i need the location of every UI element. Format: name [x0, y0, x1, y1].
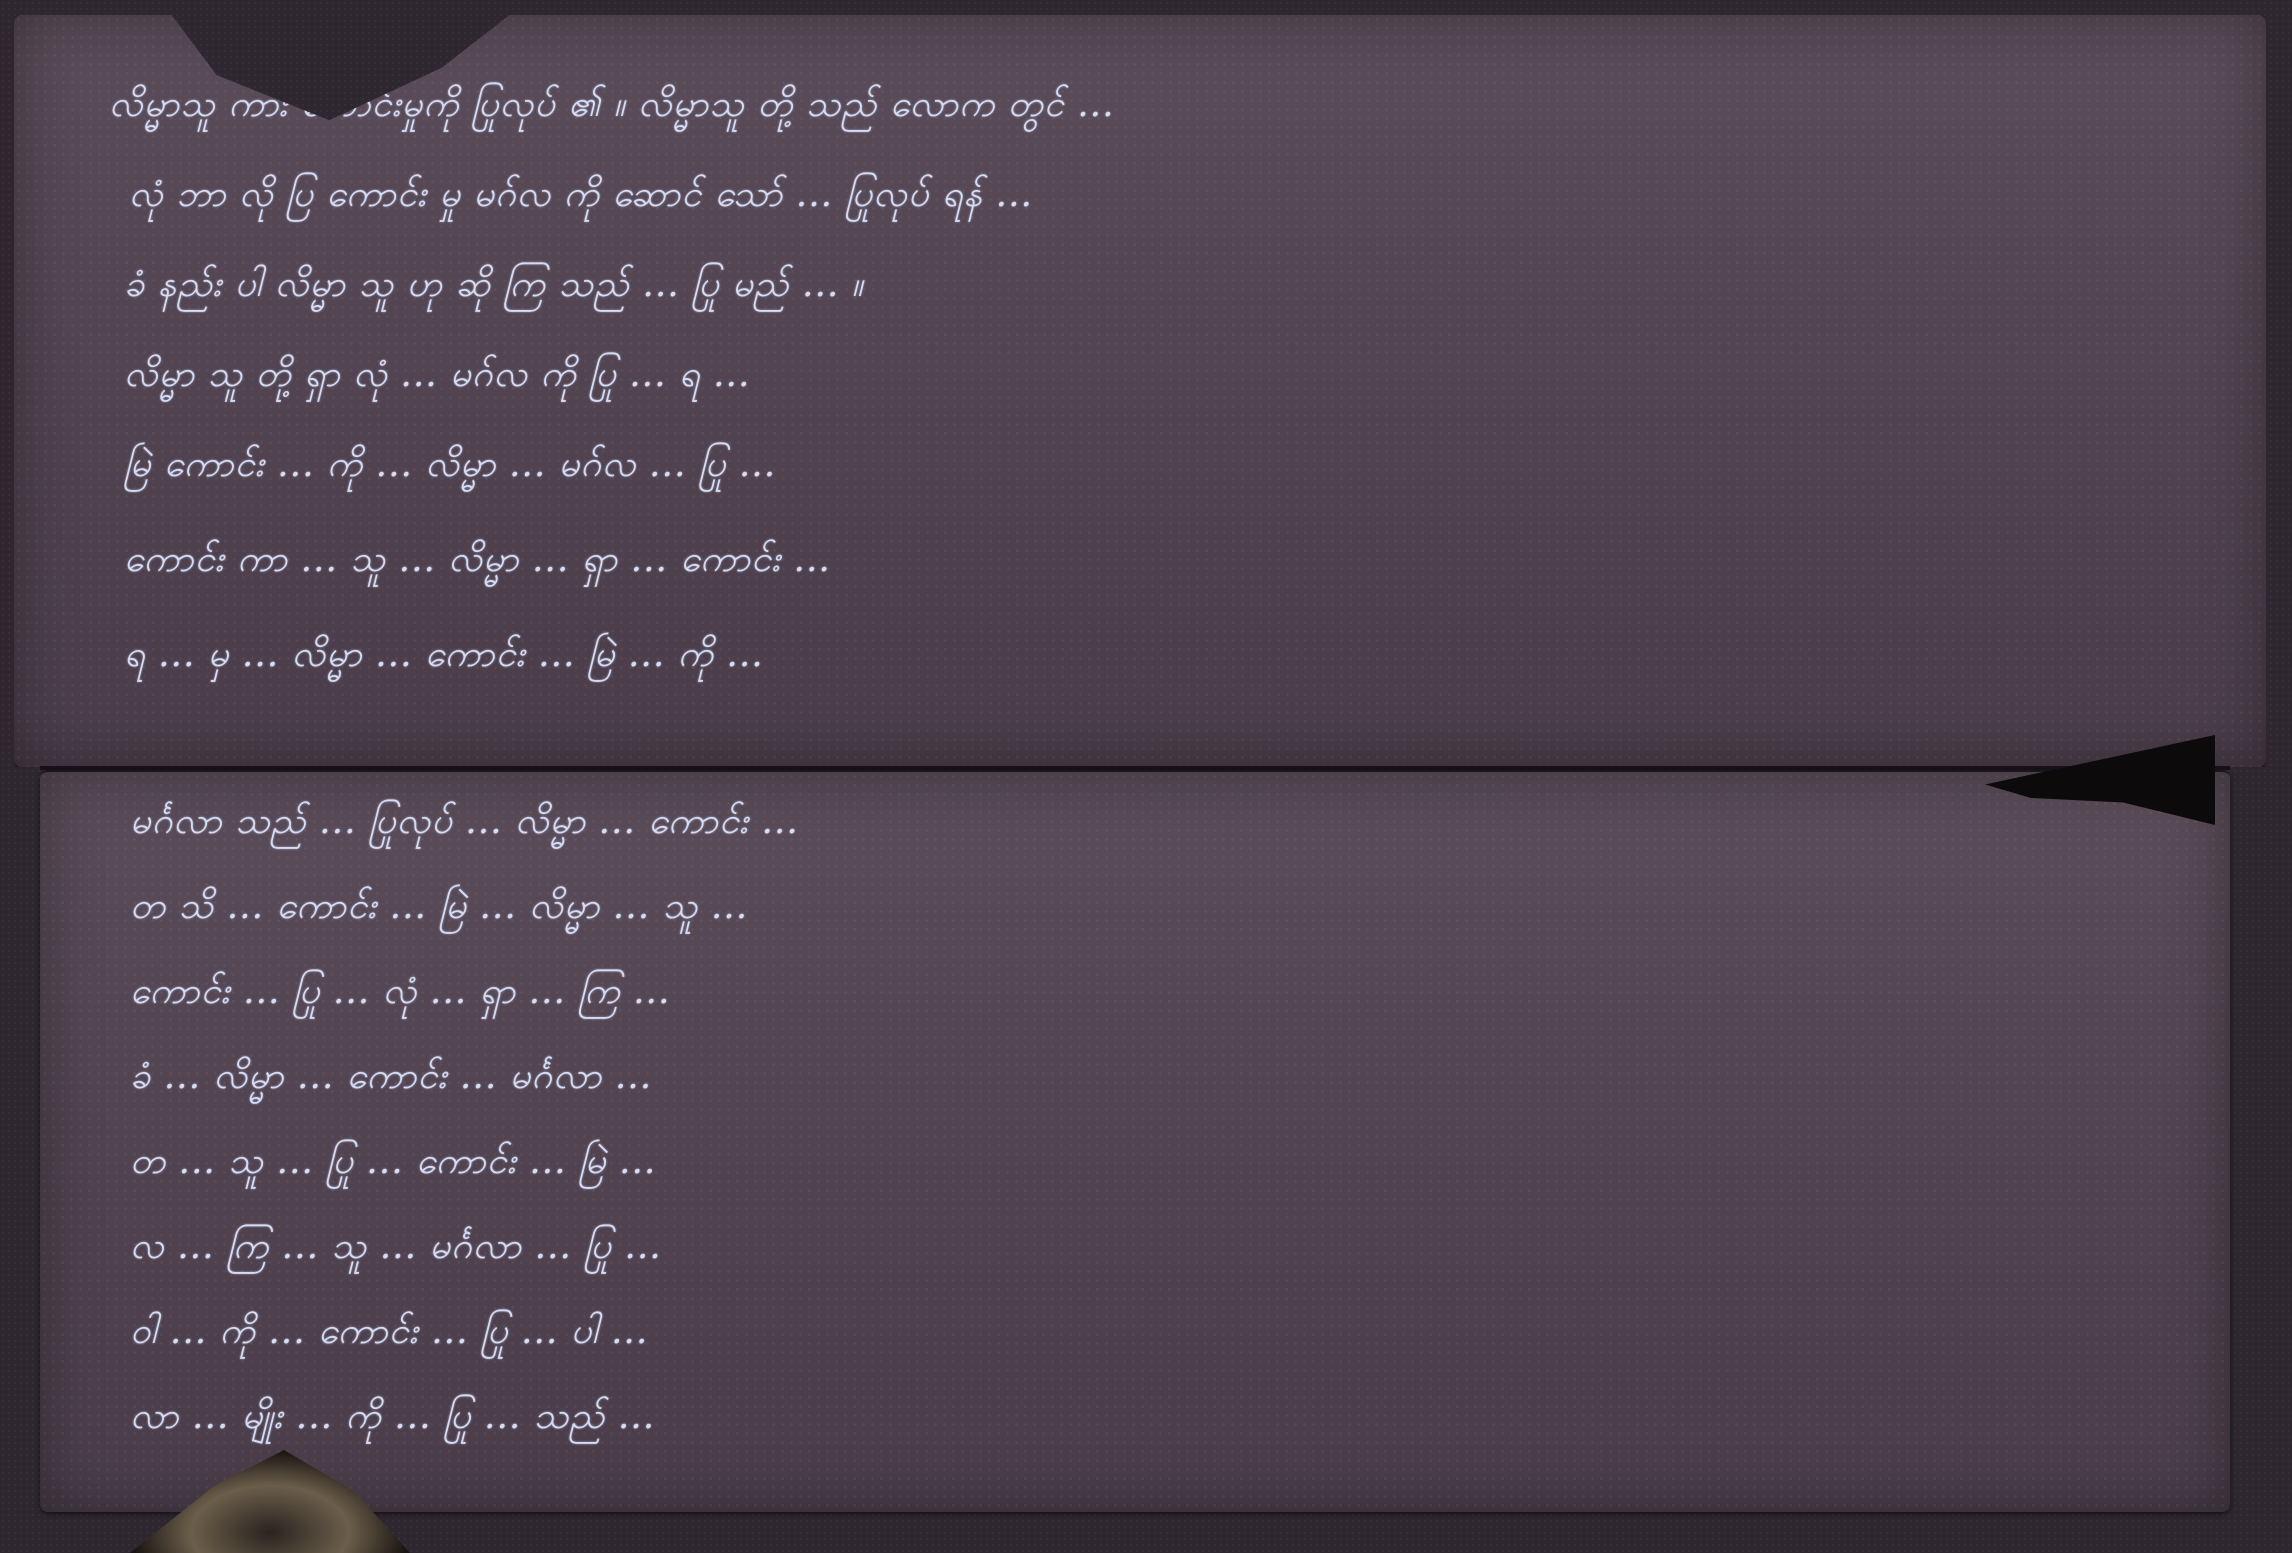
manuscript-bottom-panel: မင်္ဂလာ သည် ... ပြုလုပ် ... လိမ္မာ ... က…: [40, 770, 2230, 1512]
script-line: မြဲ ကောင်း ... ကို ... လိမ္မာ ... မဂ်လ .…: [124, 440, 2266, 494]
script-line: ကောင်း ... ပြု ... လုံ ... ရှာ ... ကြ ..…: [130, 967, 2230, 1021]
script-line: ဝါ ... ကို ... ကောင်း ... ပြု ... ပါ ...: [130, 1307, 2230, 1361]
script-line: လိမ္မာသူ ကား ကောင်းမှုကို ပြုလုပ် ၏ ။ လိ…: [109, 80, 2266, 134]
script-line: ရ ... မှ ... လိမ္မာ ... ကောင်း ... မြဲ .…: [124, 630, 2266, 684]
script-line: လ ... ကြ ... သူ ... မင်္ဂလာ ... ပြု ...: [130, 1222, 2230, 1276]
script-line: ခံ ... လိမ္မာ ... ကောင်း ... မင်္ဂလာ ...: [130, 1052, 2230, 1106]
manuscript-top-panel: လိမ္မာသူ ကား ကောင်းမှုကို ပြုလုပ် ၏ ။ လိ…: [14, 15, 2266, 767]
script-line: လိမ္မာ သူ တို့ ရှာ လုံ ... မဂ်လ ကို ပြု …: [124, 350, 2266, 404]
script-line: လာ ... မျိုး ... ကို ... ပြု ... သည် ...: [130, 1392, 2230, 1446]
script-line: ကောင်း ကာ ... သူ ... လိမ္မာ ... ရှာ ... …: [124, 535, 2266, 589]
script-line: တ ... သူ ... ပြု ... ကောင်း ... မြဲ ...: [130, 1137, 2230, 1191]
script-line: ခံ နည်း ပါ လိမ္မာ သူ ဟု ဆို ကြ သည် ... ပ…: [124, 260, 2266, 314]
script-line: တ သိ ... ကောင်း ... မြဲ ... လိမ္မာ ... သ…: [130, 882, 2230, 936]
script-line: လုံ ဘာ လို ပြ ကောင်း မှု မဂ်လ ကို ဆောင် …: [129, 170, 2266, 224]
script-line: မင်္ဂလာ သည် ... ပြုလုပ် ... လိမ္မာ ... က…: [130, 797, 2230, 851]
